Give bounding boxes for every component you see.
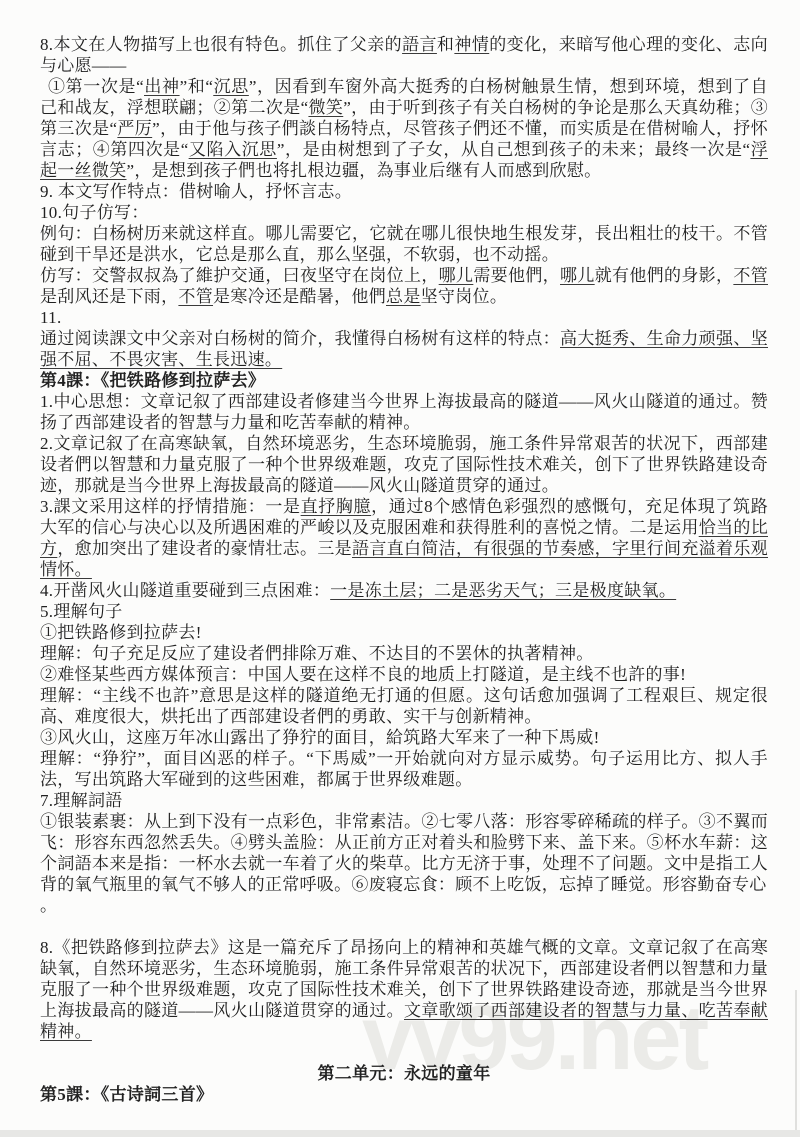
- text-run: ①银装素裹：从上到下没有一点彩色，非常素洁。②七零八落：形容零碎稀疏的样子。③不…: [40, 812, 768, 894]
- underlined-text: 神情: [454, 35, 489, 54]
- text-run: ①把铁路修到拉萨去!: [40, 623, 202, 642]
- text-run: ①第一次是“: [48, 77, 144, 96]
- text-run: 理解：“主线不也許”意思是这样的隧道绝无打通的但愿。这句话愈加强调了工程艰巨、规…: [40, 686, 768, 726]
- text-run: 是寒冷还是酷暑，他們: [213, 287, 386, 306]
- text-run: 7.理解詞語: [40, 791, 123, 810]
- text-run: 理解：句子充足反应了建设者們排除万难、不达目的不罢休的执著精神。: [40, 644, 594, 663]
- paragraph: 10.句子仿写：: [40, 202, 768, 223]
- underlined-text: 不管: [178, 287, 213, 306]
- paragraph: 8.本文在人物描写上也很有特色。抓住了父亲的語言和神情的变化，来暗写他心理的变化…: [40, 34, 768, 76]
- text-run: ”，是想到孩子們也将扎根边疆，為事业后继有人而感到欣慰。: [127, 161, 602, 180]
- paragraph: ①把铁路修到拉萨去!: [40, 622, 768, 643]
- unit-heading: 第二单元：永远的童年: [40, 1063, 768, 1084]
- paragraph: 1.中心思想：文章记叙了西部建设者修建当今世界上海拔最高的隧道——风火山隧道的通…: [40, 391, 768, 433]
- text-run: 坚守岗位。: [421, 287, 508, 306]
- underlined-text: 哪儿: [439, 266, 474, 285]
- scanned-document-page: vv99.net 8.本文在人物描写上也很有特色。抓住了父亲的語言和神情的变化，…: [0, 0, 800, 1137]
- document-body: 8.本文在人物描写上也很有特色。抓住了父亲的語言和神情的变化，来暗写他心理的变化…: [40, 34, 768, 1105]
- underlined-text: 語言: [402, 35, 437, 54]
- underlined-text: 严厉: [117, 119, 152, 138]
- text-run: 是刮风还是下雨，: [40, 287, 178, 306]
- paragraph: 理解：“主线不也許”意思是这样的隧道绝无打通的但愿。这句话愈加强调了工程艰巨、规…: [40, 685, 768, 727]
- text-run: 9. 本文写作特点：借树喻人，抒怀言志。: [40, 182, 352, 201]
- paragraph: 仿写：交警叔叔為了維护交通，曰夜坚守在岗位上，哪儿需要他們，哪儿就有他們的身影，…: [40, 265, 768, 307]
- text-run: 和: [437, 35, 454, 54]
- paragraph: 8.《把铁路修到拉萨去》这是一篇充斥了昂扬向上的精神和英雄气概的文章。文章记叙了…: [40, 937, 768, 1042]
- underlined-text: 一是冻土层；二是恶劣天气；三是极度缺氧。: [330, 581, 676, 600]
- underlined-text: 不管: [733, 266, 768, 285]
- paragraph: ②难怪某些西方媒体预言：中国人要在这样不良的地质上打隧道，是主线不也許的事!: [40, 664, 768, 685]
- underlined-text: 微笑: [308, 98, 343, 117]
- paragraph: 3.課文采用这样的抒情措施：一是直抒胸臆，通过8个感情色彩强烈的感慨句，充足体現…: [40, 496, 768, 580]
- text-run: 8.本文在人物描写上也很有特色。抓住了父亲的: [40, 35, 402, 54]
- text-run: ，愈加突出了建设者的豪情壮志。三是: [57, 539, 352, 558]
- paragraph: 5.理解句子: [40, 601, 768, 622]
- lesson-heading: 第4課：《把铁路修到拉萨去》: [40, 370, 768, 391]
- page-edge-right: [795, 990, 797, 1130]
- text-run: ②难怪某些西方媒体预言：中国人要在这样不良的地质上打隧道，是主线不也許的事!: [40, 665, 686, 684]
- text-run: 通过阅读課文中父亲对白杨树的简介，我懂得白杨树有这样的特点：: [40, 329, 560, 348]
- paragraph: ③风火山，这座万年冰山露出了狰狞的面目，給筑路大军来了一种下馬威!: [40, 727, 768, 748]
- text-run: 需要他們，: [473, 266, 560, 285]
- paragraph: 理解：句子充足反应了建设者們排除万难、不达目的不罢休的执著精神。: [40, 643, 768, 664]
- blank-line: [40, 1042, 768, 1063]
- text-run: 4.开凿风火山隧道重要碰到三点困难：: [40, 581, 330, 600]
- paragraph: 4.开凿风火山隧道重要碰到三点困难：一是冻土层；二是恶劣天气；三是极度缺氧。: [40, 580, 768, 601]
- text-run: ”，是由树想到了子女，从自己想到孩子的未来；最终一次是“: [277, 140, 751, 159]
- text-run: ”和“: [180, 77, 214, 96]
- text-run: ③风火山，这座万年冰山露出了狰狞的面目，給筑路大军来了一种下馬威!: [40, 728, 600, 747]
- text-run: 理解：“狰狞”，面目凶恶的样子。“下馬威”一开始就向对方显示威势。句子运用比方、…: [40, 749, 768, 789]
- paragraph: 。: [40, 895, 768, 916]
- page-edge-bottom: [0, 1130, 800, 1137]
- text-run: 11.: [40, 308, 62, 327]
- paragraph: 例句：白杨树历来就这样直。哪儿需要它，它就在哪儿很快地生根发芽，長出粗壮的枝干。…: [40, 223, 768, 265]
- lesson-heading: 第5課：《古诗詞三首》: [40, 1084, 768, 1105]
- text-run: 第二单元：永远的童年: [318, 1064, 491, 1083]
- underlined-text: 哪儿: [560, 266, 595, 285]
- paragraph: 通过阅读課文中父亲对白杨树的简介，我懂得白杨树有这样的特点：高大挺秀、生命力顽强…: [40, 328, 768, 370]
- text-run: 第4課：《把铁路修到拉萨去》: [40, 371, 265, 390]
- paragraph: 9. 本文写作特点：借树喻人，抒怀言志。: [40, 181, 768, 202]
- underlined-text: 出神: [144, 77, 180, 96]
- underlined-text: 沉思: [213, 77, 249, 96]
- paragraph: 11.: [40, 307, 768, 328]
- text-run: 3.課文采用这样的抒情措施：一是: [40, 497, 301, 516]
- paragraph: ①第一次是“出神”和“沉思”，因看到车窗外高大挺秀的白杨树触景生情，想到环境，想…: [40, 76, 768, 181]
- text-run: 1.中心思想：文章记叙了西部建设者修建当今世界上海拔最高的隧道——风火山隧道的通…: [40, 392, 768, 432]
- underlined-text: 总是: [386, 287, 421, 306]
- text-run: 仿写：交警叔叔為了維护交通，曰夜坚守在岗位上，: [40, 266, 439, 285]
- paragraph: 理解：“狰狞”，面目凶恶的样子。“下馬威”一开始就向对方显示威势。句子运用比方、…: [40, 748, 768, 790]
- text-run: 就有他們的身影，: [595, 266, 734, 285]
- blank-line: [40, 916, 768, 937]
- text-run: 。: [40, 896, 57, 915]
- text-run: 5.理解句子: [40, 602, 123, 621]
- text-run: 第5課：《古诗詞三首》: [40, 1085, 213, 1104]
- text-run: 2.文章记叙了在高寒缺氧，自然环境恶劣，生态环境脆弱，施工条件异常艰苦的状况下，…: [40, 434, 768, 495]
- text-run: 例句：白杨树历来就这样直。哪儿需要它，它就在哪儿很快地生根发芽，長出粗壮的枝干。…: [40, 224, 768, 264]
- paragraph: 2.文章记叙了在高寒缺氧，自然环境恶劣，生态环境脆弱，施工条件异常艰苦的状况下，…: [40, 433, 768, 496]
- paragraph: 7.理解詞語: [40, 790, 768, 811]
- text-run: 10.句子仿写：: [40, 203, 149, 222]
- underlined-text: 直抒胸臆: [301, 497, 372, 516]
- paragraph: ①银装素裹：从上到下没有一点彩色，非常素洁。②七零八落：形容零碎稀疏的样子。③不…: [40, 811, 768, 895]
- underlined-text: 又陷入沉思: [189, 140, 277, 159]
